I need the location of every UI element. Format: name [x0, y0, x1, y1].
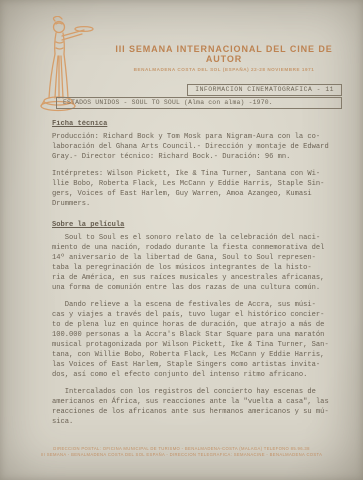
document-subtitle: BENALMADENA COSTA DEL SOL (ESPAÑA) 22-28… — [98, 67, 350, 72]
paragraph-sinopsis-2: Dando relieve a la escena de festivales … — [52, 300, 348, 380]
section-heading-ficha-tecnica: Ficha técnica — [52, 119, 107, 129]
document-body: Ficha técnica Producción: Richard Bock y… — [52, 119, 348, 434]
paragraph-interpretes: Intérpretes: Wilson Pickett, Ike & Tina … — [52, 169, 348, 209]
paragraph-produccion: Producción: Richard Bock y Tom Mosk para… — [52, 132, 348, 162]
scanned-document-page: III SEMANA INTERNACIONAL DEL CINE DE AUT… — [0, 0, 363, 480]
footer-telegraph-line: III SEMANA - BENALMADENA COSTA DEL SOL E… — [10, 452, 353, 458]
film-title-line: ESTADOS UNIDOS - SOUL TO SOUL (Alma con … — [56, 97, 342, 109]
info-stamp-label: INFORMACION CINEMATOGRAFICA - 11 — [187, 84, 342, 96]
letterhead-footer: DIRECCION POSTAL: OFICINA MUNICIPAL DE T… — [10, 446, 353, 458]
section-heading-sobre-la-pelicula: Sobre la película — [52, 220, 124, 230]
letterhead: III SEMANA INTERNACIONAL DEL CINE DE AUT… — [98, 44, 350, 72]
stamp-area: INFORMACION CINEMATOGRAFICA - 11 ESTADOS… — [56, 84, 342, 109]
paragraph-sinopsis-1: Soul to Soul es el sonoro relato de la c… — [52, 233, 348, 293]
document-title: III SEMANA INTERNACIONAL DEL CINE DE AUT… — [98, 44, 350, 64]
paragraph-sinopsis-3: Intercalados con los registros del conci… — [52, 387, 348, 427]
